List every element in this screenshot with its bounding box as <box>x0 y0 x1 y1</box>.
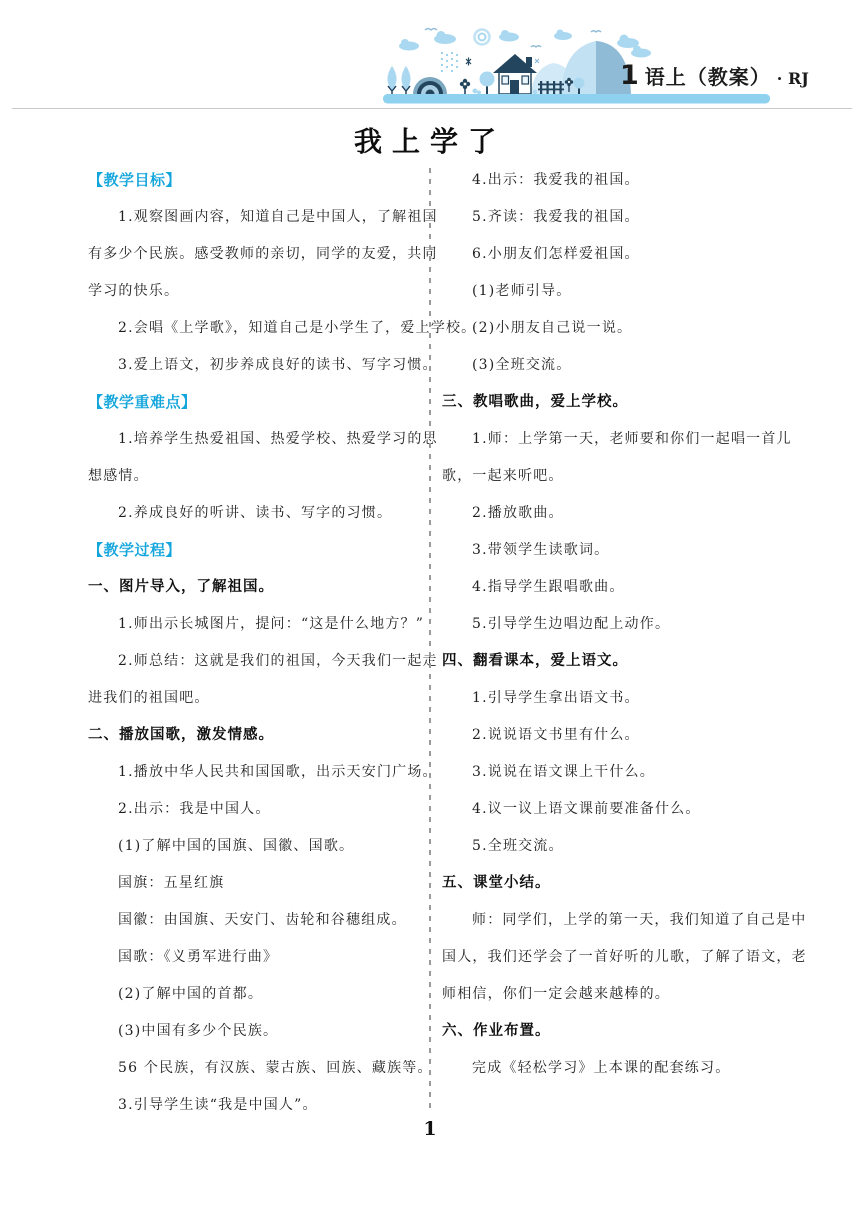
section-header: 【教学重难点】 <box>88 384 428 421</box>
text-line: 师相信，你们一定会越来越棒的。 <box>442 976 792 1013</box>
text-line: (2)小朋友自己说一说。 <box>442 310 792 347</box>
edition-suffix: · RJ <box>777 69 809 88</box>
page-title: 我上学了 <box>0 120 860 160</box>
text-line: 师：同学们，上学的第一天，我们知道了自己是中 <box>442 902 792 939</box>
column-right: 4.出示：我爱我的祖国。5.齐读：我爱我的祖国。6.小朋友们怎样爱祖国。(1)老… <box>442 162 792 1087</box>
rainbow-icon <box>413 77 447 94</box>
text-line: 3.爱上语文，初步养成良好的读书、写字习惯。 <box>88 347 428 384</box>
text-line: (1)老师引导。 <box>442 273 792 310</box>
section-header: 【教学目标】 <box>88 162 428 199</box>
step-heading: 一、图片导入，了解祖国。 <box>88 569 428 606</box>
text-line: 5.齐读：我爱我的祖国。 <box>442 199 792 236</box>
text-line: 歌，一起来听吧。 <box>442 458 792 495</box>
text-line: 完成《轻松学习》上本课的配套练习。 <box>442 1050 792 1087</box>
text-line: 5.全班交流。 <box>442 828 792 865</box>
text-line: 3.带领学生读歌词。 <box>442 532 792 569</box>
text-line: 56 个民族，有汉族、蒙古族、回族、藏族等。 <box>88 1050 428 1087</box>
text-line: 6.小朋友们怎样爱祖国。 <box>442 236 792 273</box>
text-line: 5.引导学生边唱边配上动作。 <box>442 606 792 643</box>
section-header: 【教学过程】 <box>88 532 428 569</box>
text-line: 学习的快乐。 <box>88 273 428 310</box>
text-line: (2)了解中国的首都。 <box>88 976 428 1013</box>
text-line: 1.师：上学第一天，老师要和你们一起唱一首儿 <box>442 421 792 458</box>
text-line: 3.说说在语文课上干什么。 <box>442 754 792 791</box>
text-line: 2.会唱《上学歌》，知道自己是小学生了，爱上学校。 <box>88 310 428 347</box>
text-line: 国旗：五星红旗 <box>88 865 428 902</box>
text-line: 1.播放中华人民共和国国歌，出示天安门广场。 <box>88 754 428 791</box>
header-divider-rule <box>12 108 852 109</box>
text-line: 1.培养学生热爱祖国、热爱学校、热爱学习的思 <box>88 421 428 458</box>
text-line: 1.引导学生拿出语文书。 <box>442 680 792 717</box>
step-heading: 三、教唱歌曲，爱上学校。 <box>442 384 792 421</box>
text-line: 4.指导学生跟唱歌曲。 <box>442 569 792 606</box>
text-line: 想感情。 <box>88 458 428 495</box>
lesson-plan-page: 1 语上（教案） · RJ 我上学了 【教学目标】1.观察图画内容，知道自己是中… <box>0 0 860 1212</box>
edition-series: 语上（教案） <box>645 61 771 90</box>
step-heading: 二、播放国歌，激发情感。 <box>88 717 428 754</box>
text-line: 4.出示：我爱我的祖国。 <box>442 162 792 199</box>
text-line: 2.出示：我是中国人。 <box>88 791 428 828</box>
edition-volume: 1 <box>620 60 639 91</box>
text-line: 国徽：由国旗、天安门、齿轮和谷穗组成。 <box>88 902 428 939</box>
edition-label: 1 语上（教案） · RJ <box>620 60 840 92</box>
text-line: 2.播放歌曲。 <box>442 495 792 532</box>
text-line: (3)全班交流。 <box>442 347 792 384</box>
house-icon <box>493 54 537 94</box>
text-line: 1.观察图画内容，知道自己是中国人，了解祖国 <box>88 199 428 236</box>
sun-icon <box>475 30 490 45</box>
text-line: 国人，我们还学会了一首好听的儿歌，了解了语文，老 <box>442 939 792 976</box>
text-line: 进我们的祖国吧。 <box>88 680 428 717</box>
step-heading: 五、课堂小结。 <box>442 865 792 902</box>
step-heading: 四、翻看课本，爱上语文。 <box>442 643 792 680</box>
text-line: 2.师总结：这就是我们的祖国，今天我们一起走 <box>88 643 428 680</box>
text-line: 1.师出示长城图片，提问：“这是什么地方？” <box>88 606 428 643</box>
page-number: 1 <box>0 1118 860 1140</box>
column-left: 【教学目标】1.观察图画内容，知道自己是中国人，了解祖国有多少个民族。感受教师的… <box>88 162 428 1124</box>
rain-icon <box>441 52 458 72</box>
text-line: (1)了解中国的国旗、国徽、国歌。 <box>88 828 428 865</box>
step-heading: 六、作业布置。 <box>442 1013 792 1050</box>
text-line: (3)中国有多少个民族。 <box>88 1013 428 1050</box>
text-line: 有多少个民族。感受教师的亲切，同学的友爱，共同 <box>88 236 428 273</box>
text-line: 2.养成良好的听讲、读书、写字的习惯。 <box>88 495 428 532</box>
header-sky-bar <box>386 94 770 103</box>
text-line: 国歌：《义勇军进行曲》 <box>88 939 428 976</box>
column-divider <box>429 168 431 1112</box>
text-line: 2.说说语文书里有什么。 <box>442 717 792 754</box>
text-line: 4.议一议上语文课前要准备什么。 <box>442 791 792 828</box>
